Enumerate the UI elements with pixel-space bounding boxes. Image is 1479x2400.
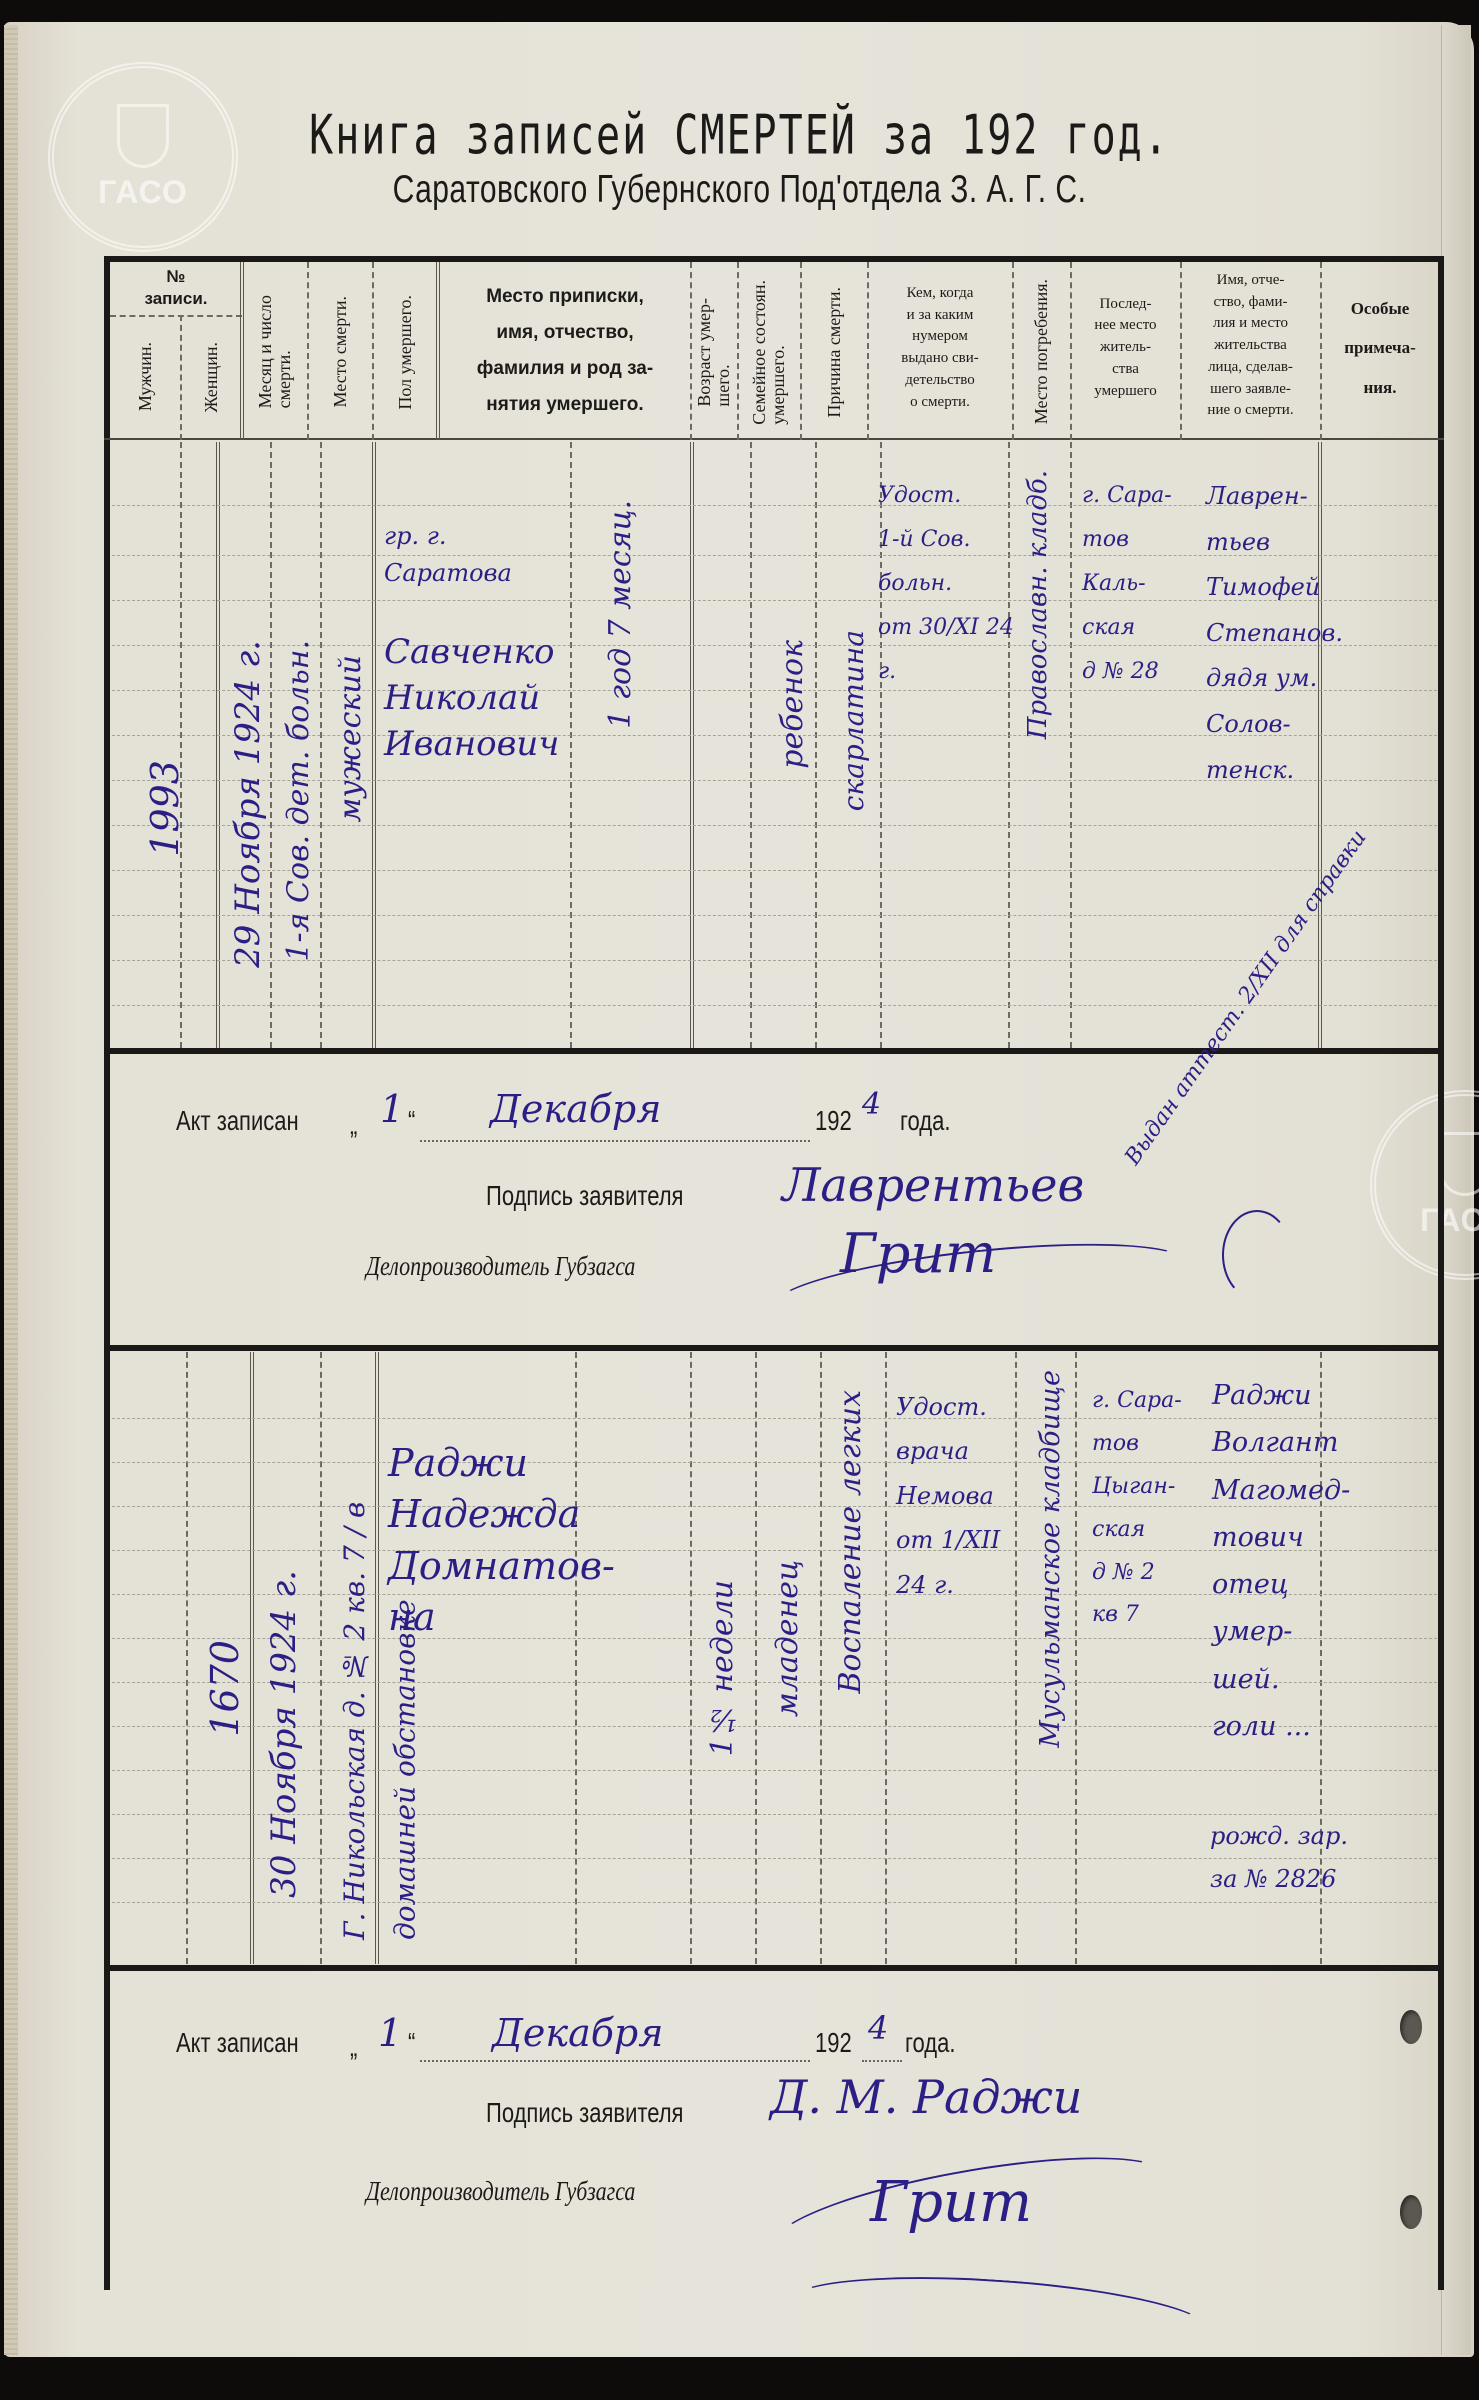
record-1-registration: гр. г. Саратова — [384, 518, 574, 592]
record-2-burial-place: Мусульманское кладбище — [1030, 1370, 1072, 1748]
header-cause: Причина смерти. — [802, 268, 866, 436]
act-1-declarant-signature: Лаврентьев — [782, 1158, 1084, 1212]
header-marital-status: Семейное состоян. умершего. — [739, 268, 799, 436]
record-2-bottom-rule — [104, 1965, 1444, 1971]
header-record-no: № записи. — [112, 262, 240, 314]
act-1-clerk-label: Делопроизводитель Губзагса — [366, 1250, 635, 1283]
header-place-of-death: Место смерти. — [309, 268, 371, 436]
record-2-last-residence: г. Сара- тов Цыган- ская д № 2 кв 7 — [1092, 1380, 1197, 1637]
act-2-declarant-signature: Д. М. Раджи — [770, 2070, 1082, 2124]
act-1-day: 1 — [380, 1080, 404, 1139]
header-last-residence: Послед- нее место житель- ства умершего — [1072, 262, 1179, 434]
act-2-day: 1 — [378, 2004, 402, 2063]
header-declarant: Имя, отче- ство, фами- лия и место жител… — [1182, 258, 1319, 434]
record-2-cause: Воспаление легких — [828, 1390, 875, 1694]
record-1-age: 1 год 7 месяц. — [598, 500, 645, 729]
act-2-month: Декабря — [492, 2004, 663, 2063]
record-2-women-no: 1670 — [196, 1640, 255, 1737]
act-2-year-digit: 4 — [868, 2004, 888, 2054]
record-1-declarant: Лаврен- тьев Тимофей Степанов. дядя ум. … — [1206, 474, 1356, 793]
act-1-month: Декабря — [490, 1080, 661, 1139]
record-2-declarant: Раджи Волгант Магомед- тович отец умер- … — [1212, 1372, 1362, 1750]
act-2-year-suffix: года. — [905, 2027, 955, 2060]
record-1-bottom-rule — [104, 1048, 1444, 1054]
record-1-place-of-death: 1-я Сов. дет. больн. — [276, 640, 323, 962]
record-2-certificate: Удост. врача Немова от 1/XII 24 г. — [896, 1385, 1016, 1607]
record-1-marital-status: ребенок — [770, 640, 817, 769]
header-bottom-rule — [104, 438, 1444, 440]
record-2-date-of-death: 30 Ноября 1924 г. — [258, 1570, 311, 1898]
header-notes: Особые примеча- ния. — [1322, 262, 1438, 434]
record-2-age: 1½ недели — [700, 1580, 747, 1756]
act-2-declarant-signature-label: Подпись заявителя — [486, 2097, 683, 2130]
act-1-year-suffix: года. — [900, 1105, 950, 1138]
record-2-top-rule — [104, 1345, 1444, 1351]
record-1-men-no: 1993 — [136, 760, 195, 857]
record-1-name: Савченко Николай Иванович — [384, 630, 574, 768]
act-1-declarant-signature-label: Подпись заявителя — [486, 1180, 683, 1213]
act-2-clerk-label: Делопроизводитель Губзагса — [366, 2175, 635, 2208]
page-subtitle: Саратовского Губернского Под'отдела З. А… — [0, 168, 1479, 212]
record-2-notes: рожд. зар. за № 2826 — [1210, 1815, 1360, 1901]
record-1-sex: мужеский — [328, 655, 375, 823]
act-1-label: Акт записан — [176, 1105, 299, 1138]
header-certificate: Кем, когда и за каким нумером выдано сви… — [869, 262, 1011, 434]
header-age: Возраст умер- шего. — [692, 268, 736, 436]
coat-of-arms-icon — [1439, 1132, 1479, 1196]
header-burial-place: Место погребения. — [1014, 268, 1069, 436]
record-1-last-residence: г. Сара- тов Каль- ская д № 28 — [1082, 474, 1192, 694]
record-no-split-rule — [110, 315, 242, 317]
act-1-year-digit: 4 — [862, 1082, 881, 1129]
signature-flourish — [1222, 1210, 1292, 1300]
punch-hole — [1400, 2010, 1422, 2044]
record-1-burial-place: Православн. кладб. — [1018, 470, 1058, 739]
record-2-name: Раджи Надежда Домнатов- на — [388, 1438, 578, 1643]
header-registration-name: Место приписки, имя, отчество, фамилия и… — [440, 266, 690, 436]
act-2-year-prefix: 192 — [815, 2027, 852, 2060]
record-1-certificate: Удост. 1-й Сов. больн. от 30/XI 24 г. — [878, 474, 1018, 694]
header-sex: Пол умершего. — [374, 268, 436, 436]
record-1-cause: скарлатина — [832, 630, 875, 811]
page-title: Книга записей СМЕРТЕЙ за 192 год. — [0, 105, 1479, 167]
punch-hole — [1400, 2195, 1422, 2229]
binding-edge — [4, 25, 18, 2355]
record-1-date-of-death: 29 Ноября 1924 г. — [222, 640, 275, 968]
header-men: Мужчин. — [112, 318, 178, 436]
record-2-marital-status: младенец — [765, 1560, 812, 1717]
header-date-of-death: Месяц и число смерти. — [244, 268, 306, 436]
act-2-label: Акт записан — [176, 2027, 299, 2060]
header-women: Женщин. — [182, 318, 240, 436]
act-1-year-prefix: 192 — [815, 1105, 852, 1138]
